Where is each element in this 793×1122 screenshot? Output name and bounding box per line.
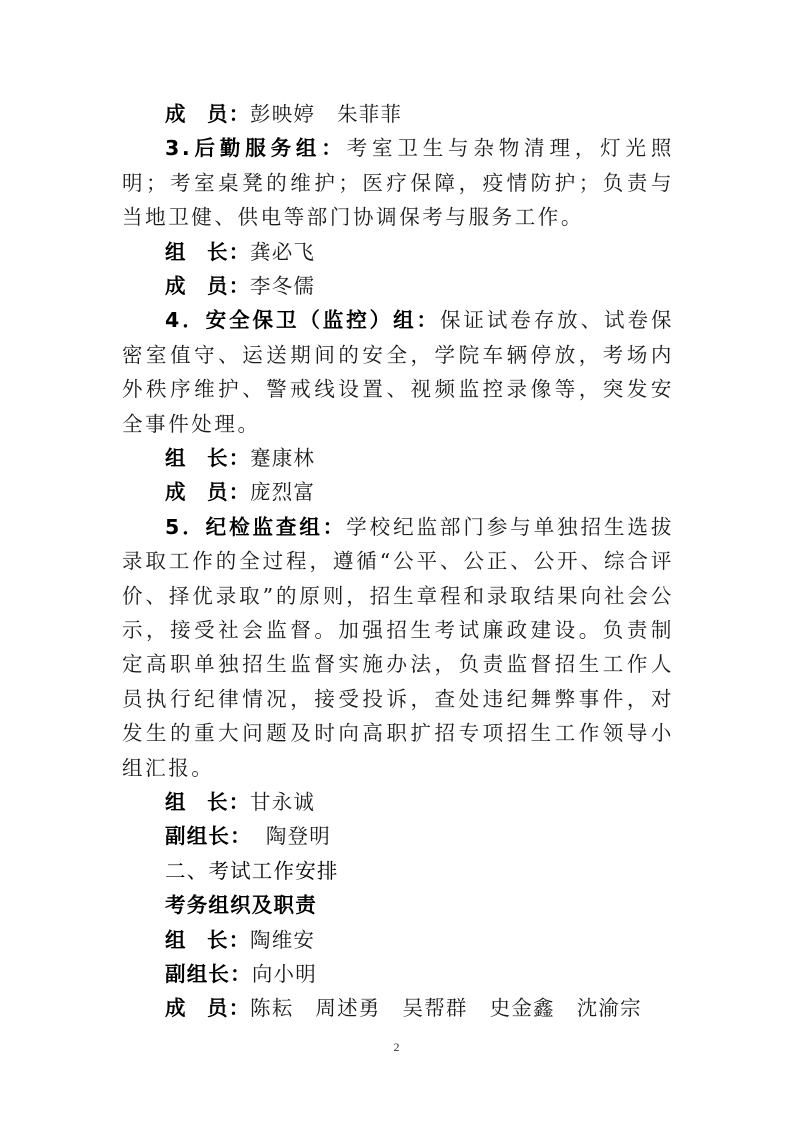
leader-label: 组长： xyxy=(165,923,250,957)
members-line: 成员：李冬儒 xyxy=(122,269,674,303)
part-two-subtitle: 考务组织及职责 xyxy=(122,888,674,922)
leader-line: 组长：陶维安 xyxy=(122,923,674,957)
members-names: 彭映婷朱菲菲 xyxy=(250,102,402,126)
deputy-label: 副组长： xyxy=(165,819,252,853)
members-names: 庞烈富 xyxy=(250,480,315,504)
section-heading: 5．纪检监查组： xyxy=(165,515,346,539)
section-logistics: 3.后勤服务组：考室卫生与杂物清理，灯光照明；考室桌凳的维护；医疗保障，疫情防护… xyxy=(122,131,674,234)
section-security: 4．安全保卫（监控）组：保证试卷存放、试卷保密室值守、运送期间的安全，学院车辆停… xyxy=(122,303,674,441)
leader-label: 组长： xyxy=(165,441,250,475)
members-line: 成员：庞烈富 xyxy=(122,475,674,509)
deputy-label: 副组长： xyxy=(165,957,252,991)
leader-name: 陶维安 xyxy=(250,928,315,952)
section-heading: 4．安全保卫（监控）组： xyxy=(165,308,440,332)
members-line: 成员：陈耘周述勇吴帮群史金鑫沈渝宗 xyxy=(122,991,674,1025)
leader-line: 组长：龚必飞 xyxy=(122,235,674,269)
leader-line: 组长：甘永诚 xyxy=(122,785,674,819)
members-names: 陈耘周述勇吴帮群史金鑫沈渝宗 xyxy=(250,996,642,1020)
deputy-name: 陶登明 xyxy=(266,824,331,848)
leader-label: 组长： xyxy=(165,235,250,269)
page-number: 2 xyxy=(0,1040,793,1055)
members-label: 成员： xyxy=(165,97,250,131)
section-heading: 3.后勤服务组： xyxy=(165,136,347,160)
deputy-line: 副组长：陶登明 xyxy=(122,819,674,853)
document-page: 成员：彭映婷朱菲菲 3.后勤服务组：考室卫生与杂物清理，灯光照明；考室桌凳的维护… xyxy=(122,97,674,1026)
members-names: 李冬儒 xyxy=(250,274,315,298)
deputy-name: 向小明 xyxy=(252,962,317,986)
leader-line: 组长：蹇康林 xyxy=(122,441,674,475)
leader-name: 甘永诚 xyxy=(250,790,315,814)
leader-name: 蹇康林 xyxy=(250,446,315,470)
section-discipline: 5．纪检监查组：学校纪监部门参与单独招生选拔录取工作的全过程，遵循“公平、公正、… xyxy=(122,510,674,785)
deputy-line: 副组长：向小明 xyxy=(122,957,674,991)
members-label: 成员： xyxy=(165,269,250,303)
section-body: 学校纪监部门参与单独招生选拔录取工作的全过程，遵循“公平、公正、公开、综合评价、… xyxy=(122,515,674,780)
members-line-top: 成员：彭映婷朱菲菲 xyxy=(122,97,674,131)
leader-name: 龚必飞 xyxy=(250,240,315,264)
members-label: 成员： xyxy=(165,475,250,509)
part-two-title: 二、考试工作安排 xyxy=(122,854,674,888)
members-label: 成员： xyxy=(165,991,250,1025)
leader-label: 组长： xyxy=(165,785,250,819)
